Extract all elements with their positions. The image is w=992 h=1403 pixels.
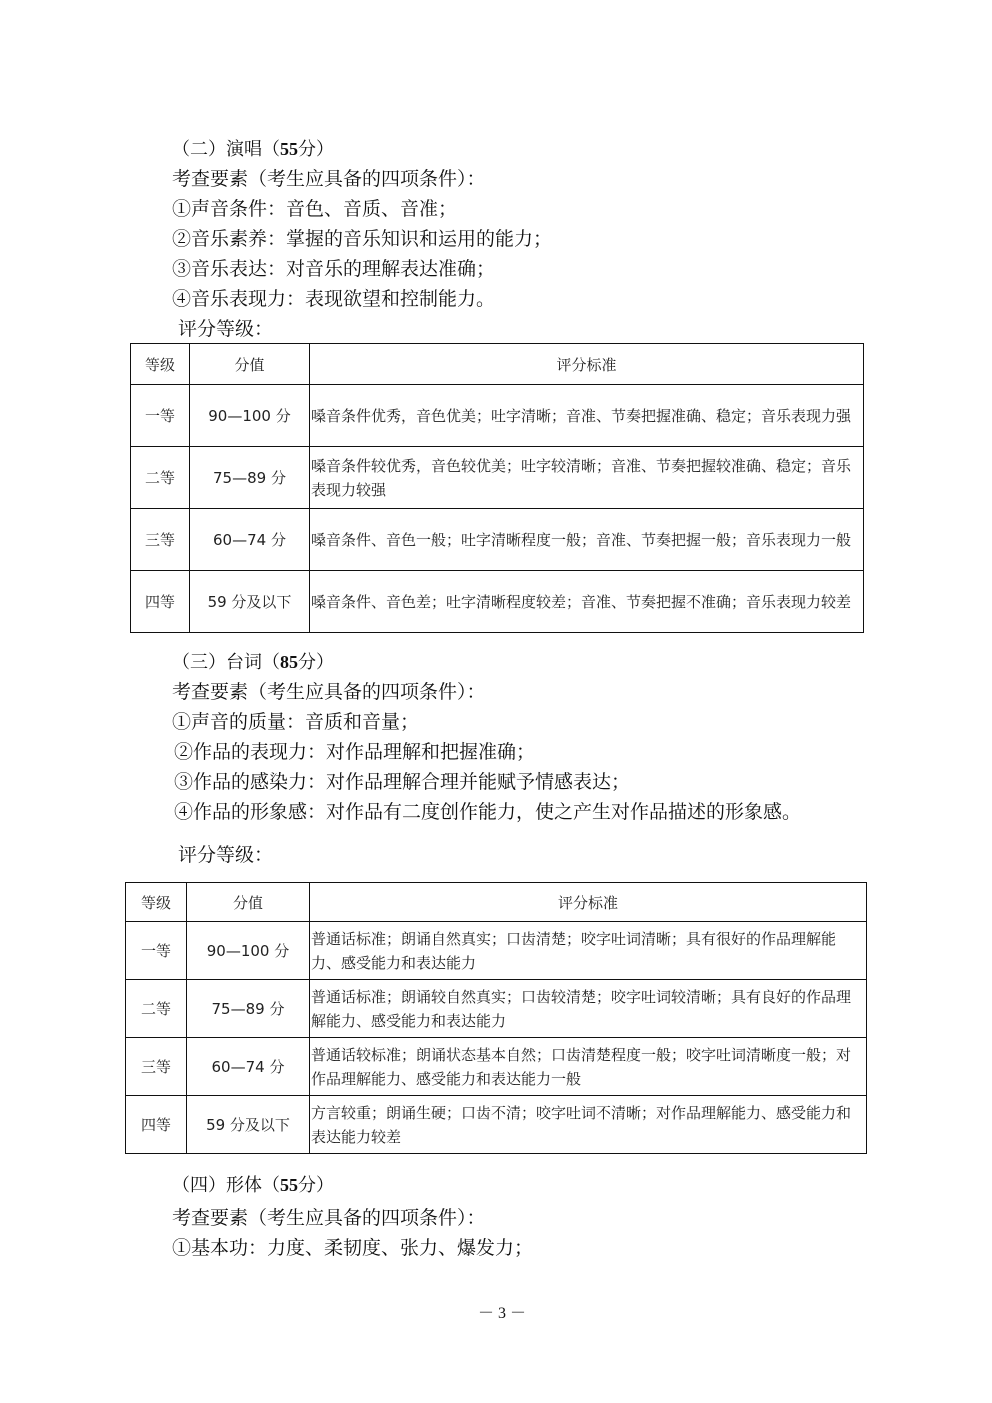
heading-prefix: （三）台词（: [172, 652, 280, 673]
criterion-item: ②作品的表现力：对作品理解和把握准确；: [174, 740, 535, 764]
table-row: 三等 60—74 分 普通话较标准；朗诵状态基本自然；口齿清楚程度一般；咬字吐词…: [126, 1038, 867, 1096]
criteria-cell: 普通话标准；朗诵自然真实；口齿清楚；咬字吐词清晰；具有很好的作品理解能力、感受能…: [310, 922, 867, 980]
score-cell: 90—100 分: [190, 385, 310, 447]
heading-points: 55: [280, 139, 298, 159]
grade-cell: 四等: [131, 571, 190, 633]
score-cell: 75—89 分: [187, 980, 310, 1038]
score-cell: 59 分及以下: [190, 571, 310, 633]
criteria-cell: 嗓音条件、音色差；吐字清晰程度较差；音准、节奏把握不准确；音乐表现力较差: [310, 571, 864, 633]
page-number: － 3 －: [478, 1300, 526, 1323]
heading-suffix: 分）: [298, 652, 334, 673]
heading-prefix: （四）形体（: [172, 1175, 280, 1196]
grade-cell: 四等: [126, 1096, 187, 1154]
heading-suffix: 分）: [298, 1175, 334, 1196]
table-row: 四等 59 分及以下 方言较重；朗诵生硬；口齿不清；咬字吐词不清晰；对作品理解能…: [126, 1096, 867, 1154]
criteria-cell: 嗓音条件较优秀，音色较优美；吐字较清晰；音准、节奏把握较准确、稳定；音乐表现力较…: [310, 447, 864, 509]
criterion-item: ④作品的形象感：对作品有二度创作能力，使之产生对作品描述的形象感。: [174, 800, 801, 824]
header-criteria: 评分标准: [310, 344, 864, 385]
table-row: 一等 90—100 分 嗓音条件优秀，音色优美；吐字清晰；音准、节奏把握准确、稳…: [131, 385, 864, 447]
grade-cell: 二等: [131, 447, 190, 509]
criterion-item: ②音乐素养：掌握的音乐知识和运用的能力；: [172, 227, 552, 251]
grading-table-singing: 等级 分值 评分标准 一等 90—100 分 嗓音条件优秀，音色优美；吐字清晰；…: [130, 343, 864, 633]
heading-prefix: （二）演唱（: [172, 139, 280, 160]
heading-suffix: 分）: [298, 139, 334, 160]
criteria-cell: 普通话较标准；朗诵状态基本自然；口齿清楚程度一般；咬字吐词清晰度一般；对作品理解…: [310, 1038, 867, 1096]
table-header-row: 等级 分值 评分标准: [126, 883, 867, 922]
criterion-item: ①声音条件：音色、音质、音准；: [172, 197, 457, 221]
heading-points: 85: [280, 652, 298, 672]
header-grade: 等级: [126, 883, 187, 922]
grade-cell: 二等: [126, 980, 187, 1038]
grading-label: 评分等级：: [178, 843, 273, 867]
table-header-row: 等级 分值 评分标准: [131, 344, 864, 385]
header-score: 分值: [187, 883, 310, 922]
criteria-cell: 方言较重；朗诵生硬；口齿不清；咬字吐词不清晰；对作品理解能力、感受能力和表达能力…: [310, 1096, 867, 1154]
criterion-item: ①声音的质量：音质和音量；: [172, 710, 419, 734]
section-heading-body: （四）形体（55分）: [172, 1173, 334, 1198]
table-row: 四等 59 分及以下 嗓音条件、音色差；吐字清晰程度较差；音准、节奏把握不准确；…: [131, 571, 864, 633]
criteria-cell: 嗓音条件、音色一般；吐字清晰程度一般；音准、节奏把握一般；音乐表现力一般: [310, 509, 864, 571]
header-grade: 等级: [131, 344, 190, 385]
score-cell: 60—74 分: [190, 509, 310, 571]
grade-cell: 三等: [131, 509, 190, 571]
grading-label: 评分等级：: [178, 317, 273, 341]
criterion-item: ③音乐表达：对音乐的理解表达准确；: [172, 257, 495, 281]
section-intro: 考查要素（考生应具备的四项条件）：: [172, 1206, 486, 1230]
grade-cell: 一等: [126, 922, 187, 980]
table-row: 一等 90—100 分 普通话标准；朗诵自然真实；口齿清楚；咬字吐词清晰；具有很…: [126, 922, 867, 980]
grade-cell: 三等: [126, 1038, 187, 1096]
score-cell: 60—74 分: [187, 1038, 310, 1096]
score-cell: 90—100 分: [187, 922, 310, 980]
criterion-item: ①基本功：力度、柔韧度、张力、爆发力；: [172, 1236, 533, 1260]
section-intro: 考查要素（考生应具备的四项条件）：: [172, 680, 486, 704]
table-row: 三等 60—74 分 嗓音条件、音色一般；吐字清晰程度一般；音准、节奏把握一般；…: [131, 509, 864, 571]
section-heading-lines: （三）台词（85分）: [172, 650, 334, 675]
criteria-cell: 普通话标准；朗诵较自然真实；口齿较清楚；咬字吐词较清晰；具有良好的作品理解能力、…: [310, 980, 867, 1038]
table-row: 二等 75—89 分 普通话标准；朗诵较自然真实；口齿较清楚；咬字吐词较清晰；具…: [126, 980, 867, 1038]
header-score: 分值: [190, 344, 310, 385]
score-cell: 75—89 分: [190, 447, 310, 509]
score-cell: 59 分及以下: [187, 1096, 310, 1154]
section-intro: 考查要素（考生应具备的四项条件）：: [172, 167, 486, 191]
grade-cell: 一等: [131, 385, 190, 447]
grading-table-lines: 等级 分值 评分标准 一等 90—100 分 普通话标准；朗诵自然真实；口齿清楚…: [125, 882, 867, 1154]
criteria-cell: 嗓音条件优秀，音色优美；吐字清晰；音准、节奏把握准确、稳定；音乐表现力强: [310, 385, 864, 447]
criterion-item: ④音乐表现力：表现欲望和控制能力。: [172, 287, 495, 311]
table-row: 二等 75—89 分 嗓音条件较优秀，音色较优美；吐字较清晰；音准、节奏把握较准…: [131, 447, 864, 509]
header-criteria: 评分标准: [310, 883, 867, 922]
section-heading-singing: （二）演唱（55分）: [172, 137, 334, 162]
criterion-item: ③作品的感染力：对作品理解合理并能赋予情感表达；: [174, 770, 630, 794]
heading-points: 55: [280, 1175, 298, 1195]
